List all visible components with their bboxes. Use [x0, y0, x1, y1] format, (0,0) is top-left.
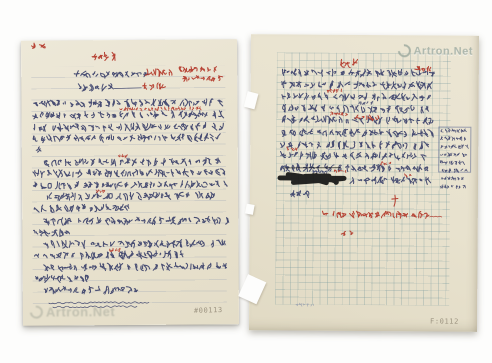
artron-logo-icon [27, 303, 45, 321]
watermark-text: Artron.Net [413, 45, 472, 57]
handwriting-stroke [96, 189, 106, 195]
photo-background: Artron.Net #00113 Artron.Net F:0112 [0, 0, 492, 363]
margin-annotation-line [440, 129, 467, 135]
insertion-caret [392, 195, 398, 208]
handwriting-stroke [359, 101, 375, 107]
paper-tear-corner [238, 274, 266, 304]
handwriting-stroke [43, 157, 223, 168]
date-note [322, 211, 428, 221]
handwriting-stroke [44, 262, 228, 273]
handwriting-stroke [33, 133, 223, 144]
margin-annotation-line [440, 145, 467, 151]
handwriting-stroke [46, 191, 214, 202]
blacked-out-text [280, 173, 344, 184]
handwriting-stroke [182, 75, 220, 83]
handwriting-stroke [354, 115, 380, 123]
handwriting-stroke [33, 204, 127, 215]
handwriting-stroke [33, 180, 224, 191]
handwriting-stroke [380, 161, 390, 167]
faint-end-note [295, 303, 313, 309]
handwriting-stroke [404, 173, 414, 179]
handwriting-stroke [108, 248, 120, 254]
header-line [73, 70, 144, 80]
artron-logo-icon [395, 42, 413, 60]
handwriting-layer-left [21, 39, 237, 41]
header-line [77, 83, 113, 93]
handwriting-stroke [176, 66, 218, 74]
closing-flourish [53, 305, 139, 311]
handwriting-stroke [43, 216, 225, 227]
insertion-mark [341, 231, 355, 239]
handwriting-stroke [35, 147, 42, 155]
handwriting-stroke [33, 110, 224, 121]
handwriting-stroke [43, 239, 227, 250]
margin-annotation-line [440, 161, 467, 167]
inventory-stamp-right: F:0112 [430, 317, 459, 325]
handwriting-layer-right [251, 34, 479, 36]
handwriting-stroke [280, 128, 430, 139]
handwriting-stroke [430, 215, 444, 220]
handwriting-stroke [290, 190, 308, 200]
manuscript-page-right: Artron.Net F:0112 [249, 34, 479, 332]
handwriting-stroke [280, 151, 430, 162]
margin-annotation-line [440, 169, 467, 175]
handwriting-stroke [350, 176, 430, 187]
margin-annotation-line [440, 185, 467, 191]
handwriting-stroke [118, 154, 130, 160]
handwriting-stroke [34, 274, 90, 284]
inventory-stamp-left: #00113 [194, 306, 223, 315]
handwriting-stroke [280, 140, 430, 151]
handwriting-stroke [281, 80, 433, 91]
handwriting-stroke [280, 104, 432, 115]
handwriting-stroke [141, 83, 165, 92]
handwriting-stroke [33, 228, 69, 238]
margin-annotation-line [440, 153, 467, 159]
handwriting-stroke [145, 69, 171, 79]
handwriting-stroke [114, 87, 141, 92]
artron-watermark-top: Artron.Net [397, 44, 472, 58]
paper-tear [245, 204, 255, 215]
manuscript-page-left: Artron.Net #00113 [21, 39, 239, 326]
corner-annotation [31, 43, 46, 52]
handwriting-stroke [281, 92, 433, 103]
margin-annotation-line [440, 177, 467, 183]
handwriting-stroke [33, 122, 221, 133]
handwriting-stroke [33, 168, 224, 179]
margin-annotation-line [440, 137, 467, 143]
paper-tear [244, 91, 259, 109]
title-mark [92, 52, 119, 63]
handwriting-stroke [415, 66, 431, 73]
handwriting-stroke [44, 286, 136, 297]
handwriting-stroke [281, 68, 433, 79]
